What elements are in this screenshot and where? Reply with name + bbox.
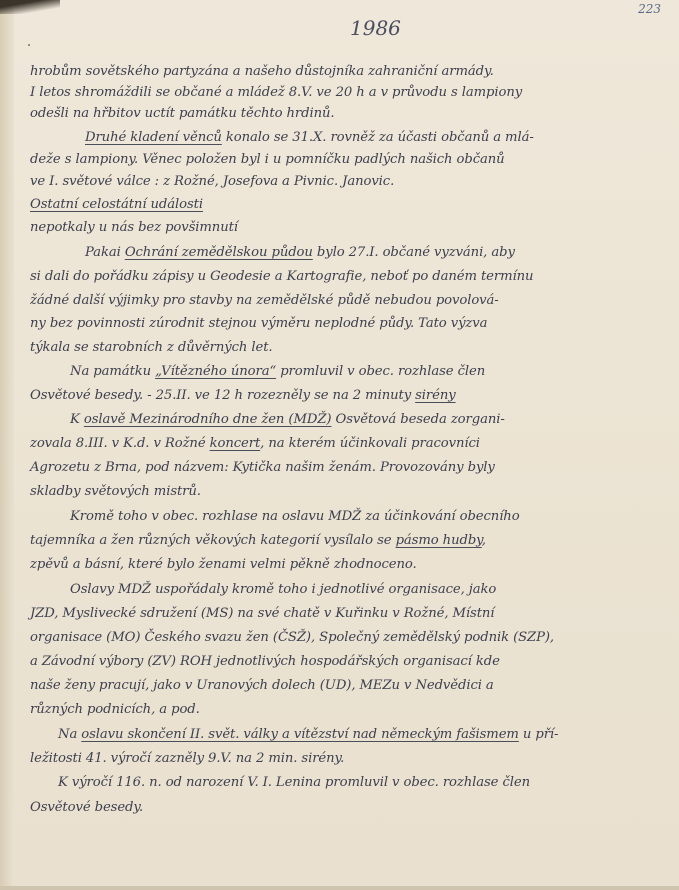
text-segment: si dali do pořádku zápisy u Geodesie a K…: [30, 269, 533, 284]
text-line: tajemníka a žen různých věkových kategor…: [30, 533, 486, 548]
text-line: Pakai Ochrání zemědělskou půdou bylo 27.…: [85, 245, 515, 260]
text-line: deže s lampiony. Věnec položen byl i u p…: [30, 152, 505, 167]
text-segment: různých podnicích, a pod.: [30, 702, 200, 717]
text-segment: Na: [58, 727, 81, 742]
text-line: Kromě toho v obec. rozhlase na oslavu MD…: [70, 509, 520, 524]
text-line: žádné další výjimky pro stavby na zemědě…: [30, 293, 499, 308]
text-segment: , na kterém účinkovali pracovníci: [260, 436, 480, 451]
text-line: Druhé kladení věnců konalo se 31.X. rovn…: [85, 130, 534, 145]
text-line: Oslavy MDŽ uspořádaly kromě toho i jedno…: [70, 582, 496, 597]
text-segment: ve I. světové válce : z Rožné, Josefova …: [30, 174, 394, 189]
text-segment: nepotkaly u nás bez povšimnutí: [30, 220, 238, 235]
text-line: Ostatní celostátní události: [30, 197, 203, 212]
text-line: ležitosti 41. výročí zazněly 9.V. na 2 m…: [30, 751, 344, 766]
text-line: týkala se starobních z důvěrných let.: [30, 340, 273, 355]
underlined-phrase: „Vítězného února“: [155, 364, 276, 379]
text-line: zovala 8.III. v K.d. v Rožné koncert, na…: [30, 436, 480, 451]
text-segment: týkala se starobních z důvěrných let.: [30, 340, 273, 355]
text-line: Osvětové besedy. - 25.II. ve 12 h rozezn…: [30, 388, 456, 403]
text-line: Agrozetu z Brna, pod názvem: Kytička naš…: [30, 460, 495, 475]
text-segment: Agrozetu z Brna, pod názvem: Kytička naš…: [30, 460, 495, 475]
ink-speck: [28, 44, 30, 46]
text-line: ny bez povinnosti zúrodnit stejnou výměr…: [30, 316, 487, 331]
text-segment: skladby světových mistrů.: [30, 484, 201, 499]
text-line: zpěvů a básní, které bylo ženami velmi p…: [30, 557, 417, 572]
text-line: ve I. světové válce : z Rožné, Josefova …: [30, 174, 394, 189]
text-line: Na památku „Vítězného února“ promluvil v…: [70, 364, 485, 379]
text-segment: hrobům sovětského partyzána a našeho důs…: [30, 64, 494, 79]
underlined-phrase: oslavě Mezinárodního dne žen (MDŽ): [84, 412, 332, 427]
text-line: různých podnicích, a pod.: [30, 702, 200, 717]
text-segment: tajemníka a žen různých věkových kategor…: [30, 533, 396, 548]
text-segment: Oslavy MDŽ uspořádaly kromě toho i jedno…: [70, 582, 496, 597]
text-segment: Osvětové besedy. - 25.II. ve 12 h rozezn…: [30, 388, 415, 403]
text-line: hrobům sovětského partyzána a našeho důs…: [30, 64, 494, 79]
text-segment: zovala 8.III. v K.d. v Rožné: [30, 436, 210, 451]
ledger-page: 223 1986 hrobům sovětského partyzána a n…: [0, 0, 679, 890]
text-segment: promluvil v obec. rozhlase člen: [276, 364, 485, 379]
text-segment: ny bez povinnosti zúrodnit stejnou výměr…: [30, 316, 487, 331]
text-segment: bylo 27.I. občané vyzváni, aby: [313, 245, 515, 260]
text-segment: ležitosti 41. výročí zazněly 9.V. na 2 m…: [30, 751, 344, 766]
text-line: odešli na hřbitov uctít památku těchto h…: [30, 106, 334, 121]
text-line: si dali do pořádku zápisy u Geodesie a K…: [30, 269, 533, 284]
underlined-phrase: Ochrání zemědělskou půdou: [125, 245, 313, 260]
year-heading: 1986: [350, 16, 401, 40]
text-segment: I letos shromáždili se občané a mládež 8…: [30, 85, 522, 100]
text-line: Na oslavu skončení II. svět. války a vít…: [58, 727, 558, 742]
text-segment: zpěvů a básní, které bylo ženami velmi p…: [30, 557, 417, 572]
text-segment: Kromě toho v obec. rozhlase na oslavu MD…: [70, 509, 520, 524]
text-segment: Osvětové besedy.: [30, 800, 143, 815]
text-segment: K výročí 116. n. od narození V. I. Lenin…: [58, 775, 530, 790]
text-segment: Na památku: [70, 364, 155, 379]
text-segment: deže s lampiony. Věnec položen byl i u p…: [30, 152, 505, 167]
page-corner-shadow: [0, 0, 60, 14]
page-bottom-edge: [0, 886, 679, 890]
text-line: organisace (MO) Českého svazu žen (ČSŽ),…: [30, 630, 554, 645]
text-line: nepotkaly u nás bez povšimnutí: [30, 220, 238, 235]
text-segment: Pakai: [85, 245, 125, 260]
text-segment: organisace (MO) Českého svazu žen (ČSŽ),…: [30, 630, 554, 645]
underlined-phrase: oslavu skončení II. svět. války a vítězs…: [81, 727, 519, 742]
underlined-phrase: pásmo hudby: [396, 533, 482, 548]
text-line: skladby světových mistrů.: [30, 484, 201, 499]
text-line: a Závodní výbory (ZV) ROH jednotlivých h…: [30, 654, 500, 669]
text-line: JZD, Myslivecké sdružení (MS) na své cha…: [30, 606, 494, 621]
underlined-phrase: sirény: [415, 388, 455, 403]
text-segment: Osvětová beseda zorgani-: [331, 412, 504, 427]
text-segment: u pří-: [519, 727, 559, 742]
text-segment: žádné další výjimky pro stavby na zemědě…: [30, 293, 499, 308]
text-segment: JZD, Myslivecké sdružení (MS) na své cha…: [30, 606, 494, 621]
underlined-phrase: Druhé kladení věnců: [85, 130, 222, 145]
underlined-phrase: koncert: [210, 436, 261, 451]
underlined-phrase: Ostatní celostátní události: [30, 197, 203, 212]
page-number: 223: [638, 2, 661, 16]
text-segment: ,: [482, 533, 486, 548]
text-line: naše ženy pracují, jako v Uranových dole…: [30, 678, 494, 693]
text-line: K výročí 116. n. od narození V. I. Lenin…: [58, 775, 530, 790]
text-segment: K: [70, 412, 84, 427]
text-line: I letos shromáždili se občané a mládež 8…: [30, 85, 522, 100]
text-segment: odešli na hřbitov uctít památku těchto h…: [30, 106, 334, 121]
text-line: K oslavě Mezinárodního dne žen (MDŽ) Osv…: [70, 412, 505, 427]
text-line: Osvětové besedy.: [30, 800, 143, 815]
text-segment: naše ženy pracují, jako v Uranových dole…: [30, 678, 494, 693]
text-segment: a Závodní výbory (ZV) ROH jednotlivých h…: [30, 654, 500, 669]
text-segment: konalo se 31.X. rovněž za účasti občanů …: [222, 130, 534, 145]
